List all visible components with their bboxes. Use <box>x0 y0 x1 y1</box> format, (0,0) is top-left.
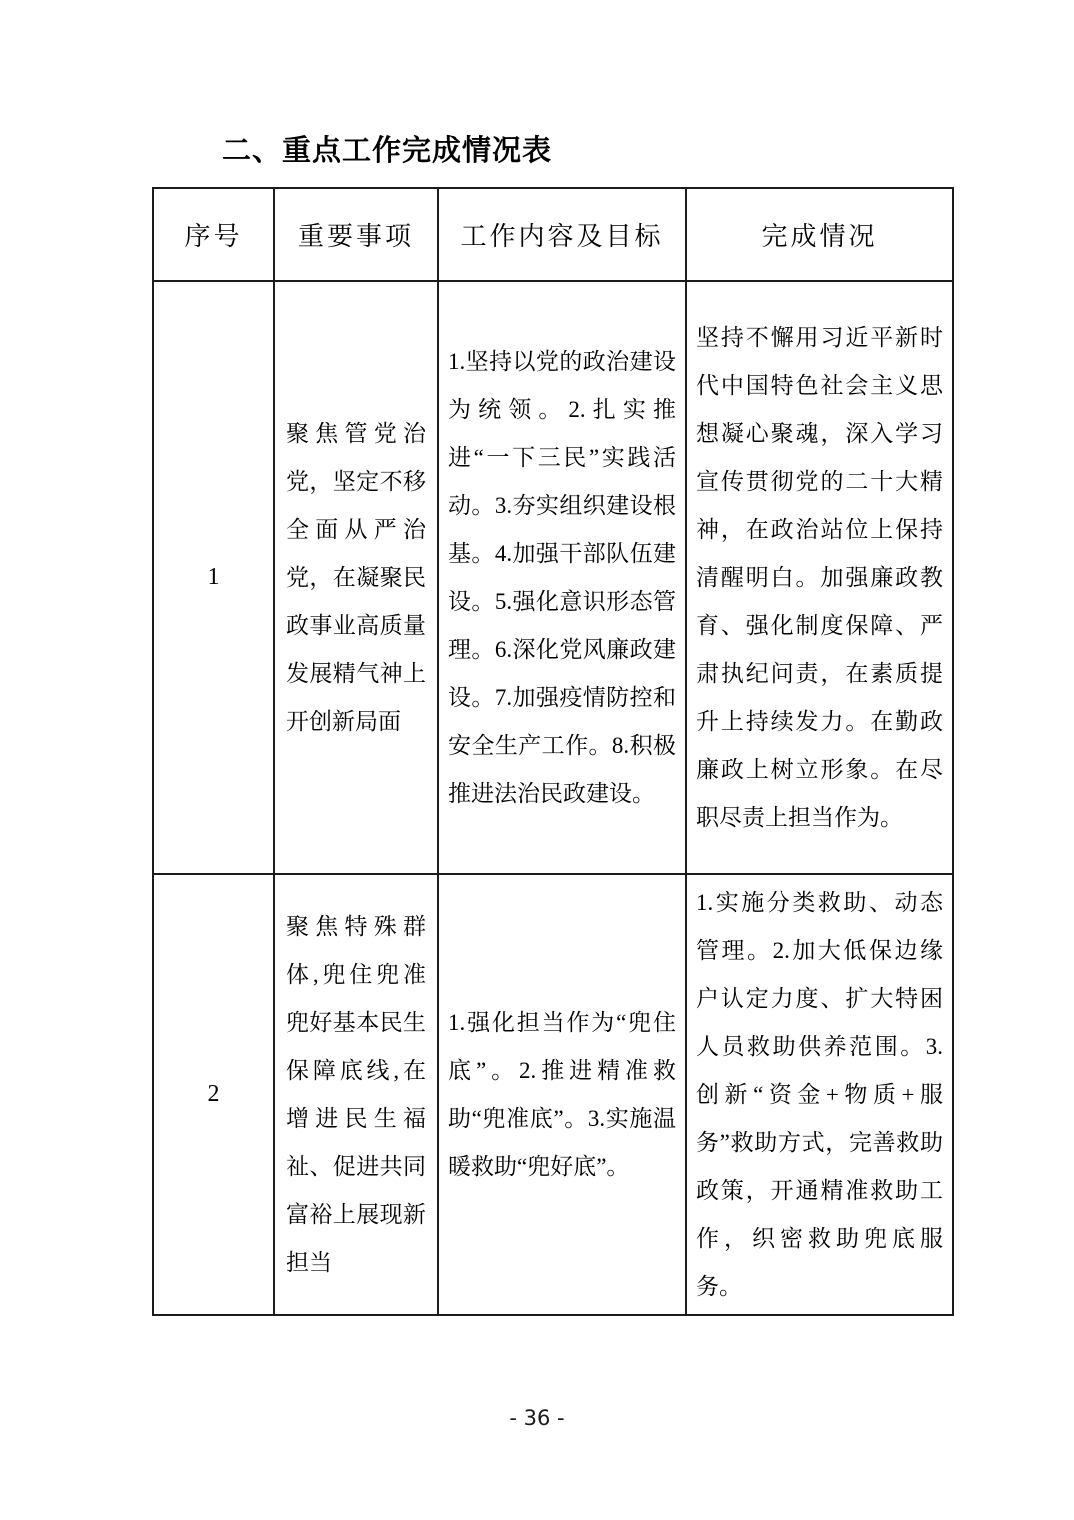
header-important-matters: 重要事项 <box>274 188 438 281</box>
row1-serial-number-cell: 1 <box>153 281 274 874</box>
header-work-content-goals: 工作内容及目标 <box>438 188 686 281</box>
row2-completion-status-cell: 1.实施分类救助、动态管理。2.加大低保边缘户认定力度、扩大特困人员救助供养范围… <box>686 874 953 1315</box>
page-number: - 36 - <box>0 1406 1074 1430</box>
section-title: 二、重点工作完成情况表 <box>222 128 552 169</box>
header-completion-status: 完成情况 <box>686 188 953 281</box>
header-serial-number: 序号 <box>153 188 274 281</box>
row2-serial-number-cell: 2 <box>153 874 274 1315</box>
key-work-completion-table: 序号 重要事项 工作内容及目标 完成情况 1 聚焦管党治党，坚定不移全面从严治党… <box>152 187 954 1316</box>
row1-important-matter-cell: 聚焦管党治党，坚定不移全面从严治党，在凝聚民政事业高质量发展精气神上开创新局面 <box>274 281 438 874</box>
table-body: 1 聚焦管党治党，坚定不移全面从严治党，在凝聚民政事业高质量发展精气神上开创新局… <box>153 281 953 1315</box>
row2-important-matter-cell: 聚焦特殊群体,兜住兜准兜好基本民生保障底线,在增进民生福祉、促进共同富裕上展现新… <box>274 874 438 1315</box>
document-page: 二、重点工作完成情况表 序号 重要事项 工作内容及目标 完成情况 1 聚焦管党治… <box>0 0 1074 1520</box>
row2-work-content-cell: 1.强化担当作为“兜住底”。2.推进精准救助“兜准底”。3.实施温暖救助“兜好底… <box>438 874 686 1315</box>
row1-completion-status-cell: 坚持不懈用习近平新时代中国特色社会主义思想凝心聚魂，深入学习宣传贯彻党的二十大精… <box>686 281 953 874</box>
table-row: 2 聚焦特殊群体,兜住兜准兜好基本民生保障底线,在增进民生福祉、促进共同富裕上展… <box>153 874 953 1315</box>
table-row: 1 聚焦管党治党，坚定不移全面从严治党，在凝聚民政事业高质量发展精气神上开创新局… <box>153 281 953 874</box>
row1-work-content-cell: 1.坚持以党的政治建设为统领。2.扎实推进“一下三民”实践活动。3.夯实组织建设… <box>438 281 686 874</box>
header-row: 序号 重要事项 工作内容及目标 完成情况 <box>153 188 953 281</box>
table-header: 序号 重要事项 工作内容及目标 完成情况 <box>153 188 953 281</box>
